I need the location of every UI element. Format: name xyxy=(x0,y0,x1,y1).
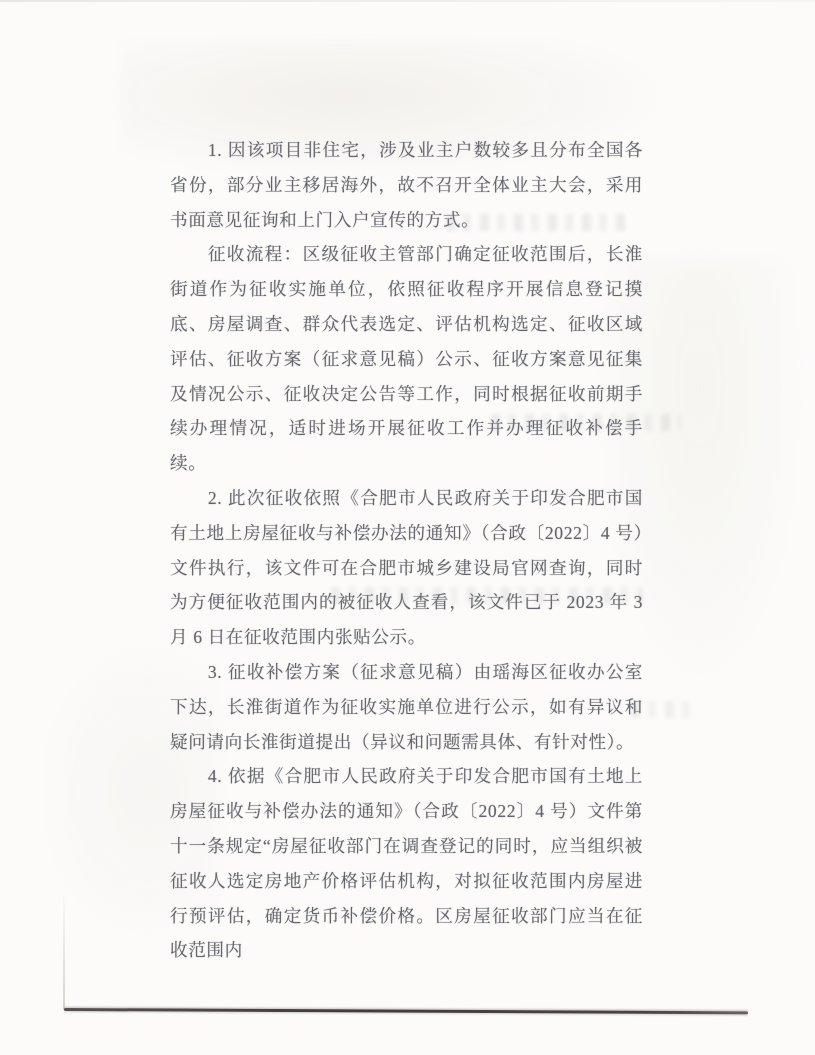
page-left-edge xyxy=(63,890,65,1010)
document-body: 1. 因该项目非住宅，涉及业主户数较多且分布全国各省份，部分业主移居海外，故不召… xyxy=(170,133,643,968)
paragraph-4: 3. 征收补偿方案（征求意见稿）由瑶海区征收办公室下达，长淮街道作为征收实施单位… xyxy=(170,655,643,759)
scan-top-edge-line xyxy=(0,0,815,2)
scanned-document-page: 1. 因该项目非住宅，涉及业主户数较多且分布全国各省份，部分业主移居海外，故不召… xyxy=(0,0,815,1055)
paragraph-2: 征收流程：区级征收主管部门确定征收范围后，长淮街道作为征收实施单位，依照征收程序… xyxy=(170,237,643,481)
paragraph-3: 2. 此次征收依照《合肥市人民政府关于印发合肥市国有土地上房屋征收与补偿办法的通… xyxy=(170,481,643,655)
paragraph-1: 1. 因该项目非住宅，涉及业主户数较多且分布全国各省份，部分业主移居海外，故不召… xyxy=(170,133,643,237)
paragraph-5: 4. 依据《合肥市人民政府关于印发合肥市国有土地上房屋征收与补偿办法的通知》（合… xyxy=(170,759,643,968)
page-bottom-edge xyxy=(64,1008,748,1014)
